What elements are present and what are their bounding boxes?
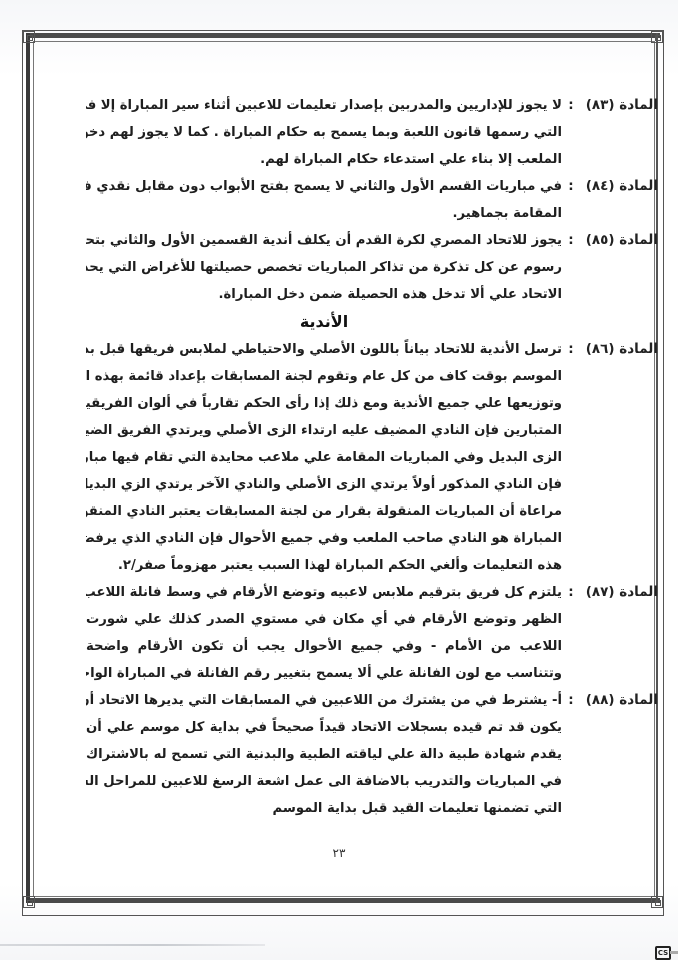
document-body: المادة (٨٣) : لا يجوز للإداريين والمدربي… bbox=[88, 92, 658, 822]
article-text: في مباريات القسم الأول والثاني لا يسمح ب… bbox=[86, 173, 562, 227]
text-line: الموسم بوقت كاف من كل عام وتقوم لجنة الم… bbox=[86, 363, 562, 390]
article-text: أ- يشترط في من يشترك من اللاعبين في المس… bbox=[86, 687, 562, 822]
text-line: في مباريات القسم الأول والثاني لا يسمح ب… bbox=[86, 173, 562, 200]
text-line: وتوزيعها علي جميع الأندية ومع ذلك إذا رأ… bbox=[86, 390, 562, 417]
text-line: الملعب إلا بناء علي استدعاء حكام المبارا… bbox=[86, 146, 562, 173]
text-line: يجوز للاتحاد المصري لكرة القدم أن يكلف أ… bbox=[86, 227, 562, 254]
text-line: ترسل الأندية للاتحاد بياناً باللون الأصل… bbox=[86, 336, 562, 363]
article-colon: : bbox=[562, 173, 580, 227]
text-line: اللاعب من الأمام - وفي جميع الأحوال يجب … bbox=[86, 633, 562, 660]
text-line: لا يجوز للإداريين والمدربين بإصدار تعليم… bbox=[86, 92, 562, 119]
frame-corner-ornament-icon bbox=[651, 31, 663, 43]
page-frame-bottom-bar bbox=[26, 898, 660, 903]
text-line: أ- يشترط في من يشترك من اللاعبين في المس… bbox=[86, 687, 562, 714]
text-line: في المباريات والتدريب بالاضافة الى عمل ا… bbox=[86, 768, 562, 795]
text-line: رسوم عن كل تذكرة من تذاكر المباريات تخصص… bbox=[86, 254, 562, 281]
frame-corner-ornament-icon bbox=[651, 896, 663, 908]
article-colon: : bbox=[562, 336, 580, 579]
article-85: المادة (٨٥) : يجوز للاتحاد المصري لكرة ا… bbox=[88, 227, 658, 308]
text-line: الزى البديل وفي المباريات المقامة علي مل… bbox=[86, 444, 562, 471]
frame-corner-ornament-icon bbox=[23, 31, 35, 43]
text-line: المقامة بجماهير. bbox=[86, 200, 562, 227]
text-line: التي تضمنها تعليمات القيد قبل بداية المو… bbox=[86, 795, 562, 822]
text-line: الاتحاد علي ألا تدخل هذه الحصيلة ضمن دخل… bbox=[86, 281, 562, 308]
section-heading: الأندية bbox=[86, 308, 562, 336]
article-label: المادة (٨٨) bbox=[580, 687, 658, 822]
article-colon: : bbox=[562, 92, 580, 173]
frame-corner-ornament-icon bbox=[23, 896, 35, 908]
page-number: ٢٣ bbox=[0, 846, 678, 860]
article-label: المادة (٨٧) bbox=[580, 579, 658, 687]
scanned-document-page: المادة (٨٣) : لا يجوز للإداريين والمدربي… bbox=[0, 0, 678, 960]
text-line: الظهر وتوضع الأرقام في أي مكان في مستوي … bbox=[86, 606, 562, 633]
article-label: المادة (٨٦) bbox=[580, 336, 658, 579]
text-line: هذه التعليمات وألغي الحكم المباراة لهذا … bbox=[86, 552, 562, 579]
article-text: يجوز للاتحاد المصري لكرة القدم أن يكلف أ… bbox=[86, 227, 562, 308]
cs-scanner-badge-icon: CS bbox=[655, 946, 671, 960]
text-line: يكون قد تم قيده بسجلات الاتحاد قيداً صحي… bbox=[86, 714, 562, 741]
text-line: يقدم شهادة طبية دالة علي لياقته الطبية و… bbox=[86, 741, 562, 768]
text-line: المباراة هو النادي صاحب الملعب وفي جميع … bbox=[86, 525, 562, 552]
page-frame-top-bar bbox=[26, 33, 660, 38]
article-text: لا يجوز للإداريين والمدربين بإصدار تعليم… bbox=[86, 92, 562, 173]
article-text: ترسل الأندية للاتحاد بياناً باللون الأصل… bbox=[86, 336, 562, 579]
text-line: مراعاة أن المباريات المنقولة بقرار من لج… bbox=[86, 498, 562, 525]
page-frame-left-bar bbox=[26, 33, 30, 903]
article-84: المادة (٨٤) : في مباريات القسم الأول وال… bbox=[88, 173, 658, 227]
text-line: فإن النادي المذكور أولاً يرتدي الزى الأص… bbox=[86, 471, 562, 498]
scan-edge-line bbox=[0, 944, 265, 946]
article-88: المادة (٨٨) : أ- يشترط في من يشترك من ال… bbox=[88, 687, 658, 822]
article-colon: : bbox=[562, 579, 580, 687]
text-line: وتتناسب مع لون الفانلة علي ألا يسمح بتغي… bbox=[86, 660, 562, 687]
article-colon: : bbox=[562, 687, 580, 822]
article-label: المادة (٨٥) bbox=[580, 227, 658, 308]
article-label: المادة (٨٤) bbox=[580, 173, 658, 227]
text-line: يلتزم كل فريق بترقيم ملابس لاعبيه وتوضع … bbox=[86, 579, 562, 606]
article-colon: : bbox=[562, 227, 580, 308]
text-line: المتبارين فإن النادي المضيف عليه ارتداء … bbox=[86, 417, 562, 444]
article-83: المادة (٨٣) : لا يجوز للإداريين والمدربي… bbox=[88, 92, 658, 173]
article-text: يلتزم كل فريق بترقيم ملابس لاعبيه وتوضع … bbox=[86, 579, 562, 687]
article-label: المادة (٨٣) bbox=[580, 92, 658, 173]
article-87: المادة (٨٧) : يلتزم كل فريق بترقيم ملابس… bbox=[88, 579, 658, 687]
text-line: التي رسمها قانون اللعبة وبما يسمح به حكا… bbox=[86, 119, 562, 146]
article-86: المادة (٨٦) : ترسل الأندية للاتحاد بيانا… bbox=[88, 336, 658, 579]
watermark-text-fragment bbox=[670, 951, 678, 954]
